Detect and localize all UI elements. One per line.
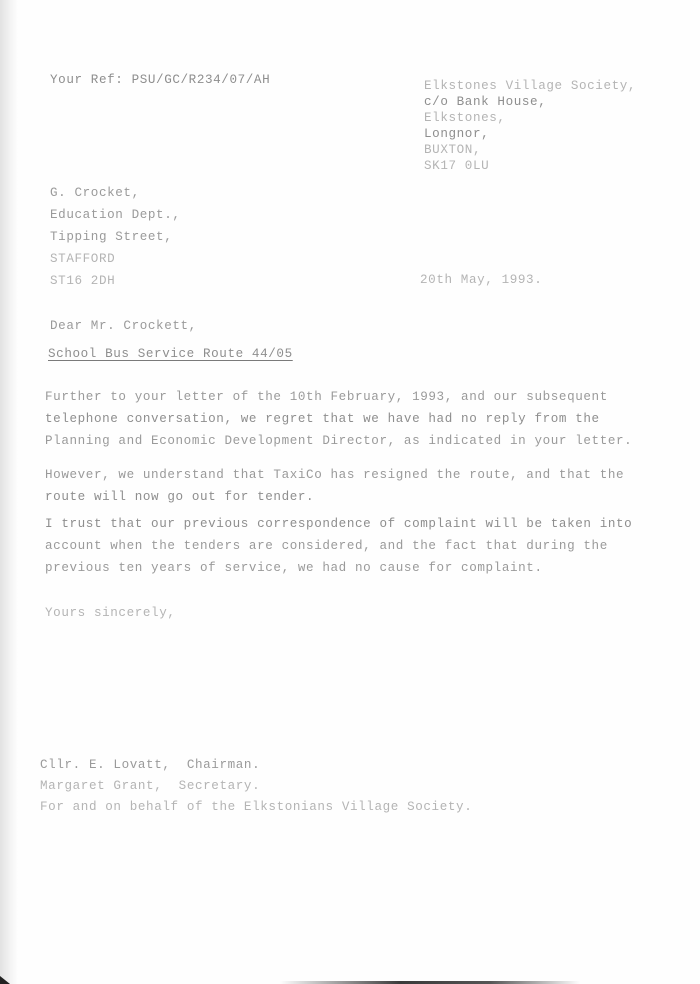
paragraph-1: Further to your letter of the 10th Febru… (45, 386, 632, 452)
recipient-address-line: Tipping Street, (50, 226, 181, 248)
sender-address-line: Longnor, (424, 126, 636, 142)
sender-address-line: SK17 0LU (424, 158, 636, 174)
scan-edge-shadow (0, 0, 18, 984)
sender-address-line: BUXTON, (424, 142, 636, 158)
signatory-line: Margaret Grant, Secretary. (40, 776, 472, 797)
recipient-address: G. Crocket, Education Dept., Tipping Str… (50, 182, 181, 292)
paragraph-line: account when the tenders are considered,… (45, 535, 632, 557)
subject-line: School Bus Service Route 44/05 (48, 346, 293, 362)
scan-corner-mark (0, 976, 10, 984)
signatory-line: Cllr. E. Lovatt, Chairman. (40, 755, 472, 776)
recipient-address-line: ST16 2DH (50, 270, 181, 292)
recipient-address-line: STAFFORD (50, 248, 181, 270)
paragraph-2: However, we understand that TaxiCo has r… (45, 464, 624, 508)
recipient-address-line: G. Crocket, (50, 182, 181, 204)
letter-date: 20th May, 1993. (420, 272, 542, 288)
paragraph-line: Further to your letter of the 10th Febru… (45, 386, 632, 408)
paragraph-line: route will now go out for tender. (45, 486, 624, 508)
paragraph-line: However, we understand that TaxiCo has r… (45, 464, 624, 486)
paragraph-3: I trust that our previous correspondence… (45, 513, 632, 579)
your-reference: Your Ref: PSU/GC/R234/07/AH (50, 72, 270, 88)
letter-page: Your Ref: PSU/GC/R234/07/AH Elkstones Vi… (0, 0, 700, 984)
signatory-line: For and on behalf of the Elkstonians Vil… (40, 797, 472, 818)
sender-address: Elkstones Village Society, c/o Bank Hous… (424, 78, 636, 174)
salutation: Dear Mr. Crockett, (50, 318, 197, 334)
sender-address-line: Elkstones, (424, 110, 636, 126)
signatories: Cllr. E. Lovatt, Chairman. Margaret Gran… (40, 755, 472, 818)
paragraph-line: telephone conversation, we regret that w… (45, 408, 632, 430)
paragraph-line: I trust that our previous correspondence… (45, 513, 632, 535)
paragraph-line: Planning and Economic Development Direct… (45, 430, 632, 452)
sender-address-line: Elkstones Village Society, (424, 78, 636, 94)
sender-address-line: c/o Bank House, (424, 94, 636, 110)
recipient-address-line: Education Dept., (50, 204, 181, 226)
paragraph-line: previous ten years of service, we had no… (45, 557, 632, 579)
closing: Yours sincerely, (45, 605, 176, 621)
